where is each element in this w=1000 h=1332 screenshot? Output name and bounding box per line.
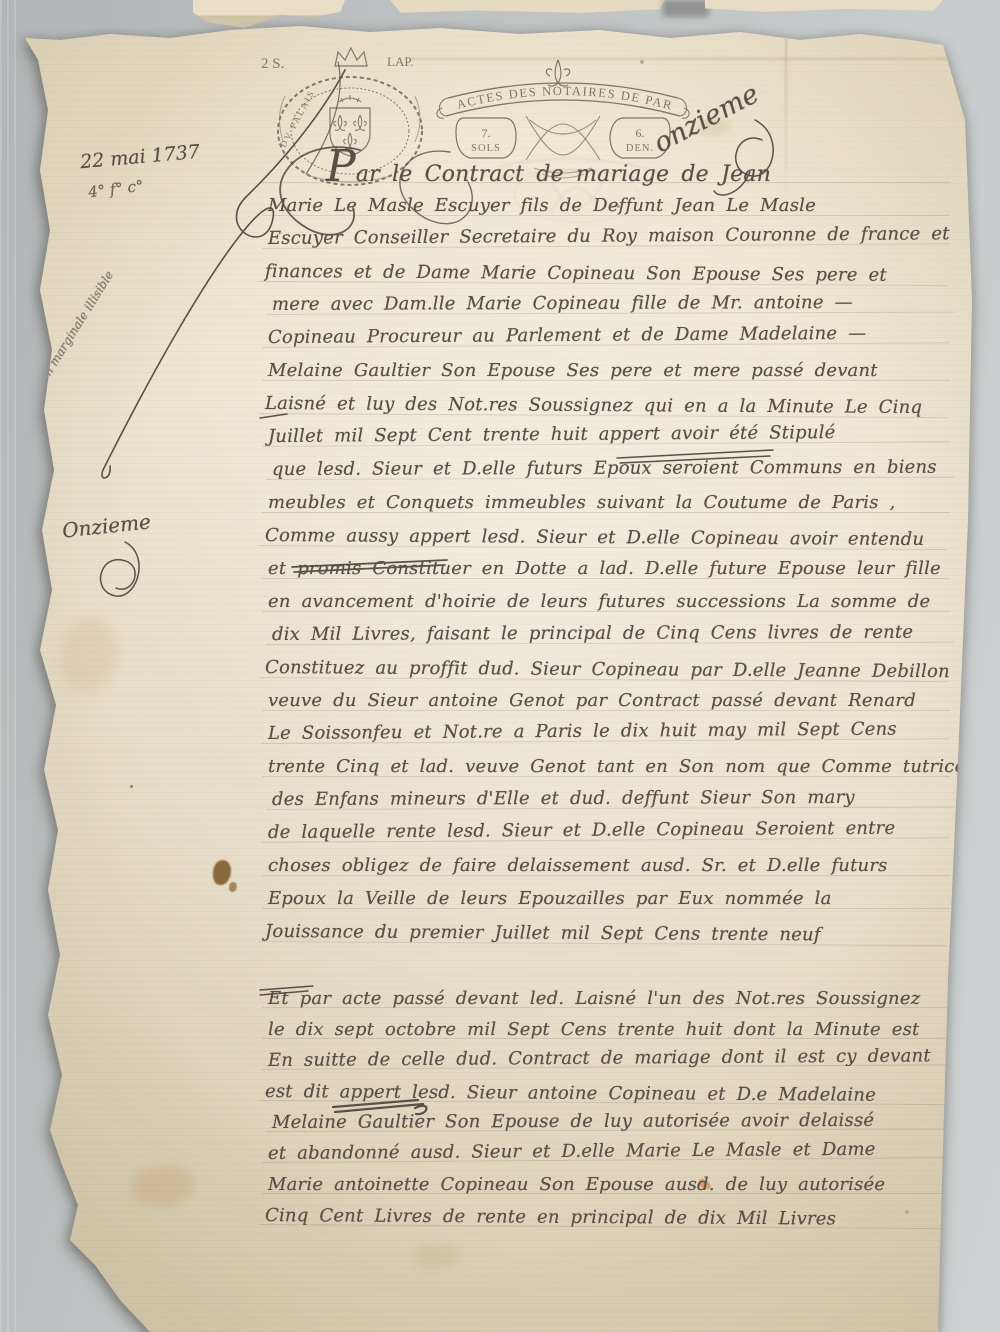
manuscript-line: En suitte de celle dud. Contract de mari…: [268, 1045, 960, 1081]
manuscript-line: meubles et Conquets immeubles suivant la…: [268, 492, 960, 525]
foxing-stain: [60, 618, 118, 692]
manuscript-line: Et par acte passé devant led. Laisné l'u…: [268, 988, 960, 1019]
paragraph-1: Par le Contract de mariage de JeanMarie …: [268, 162, 960, 954]
fleur-de-lis-icon: [546, 60, 569, 86]
manuscript-line: Comme aussy appert lesd. Sieur et D.elle…: [265, 525, 957, 562]
manuscript-line: Jouissance du premier Juillet mil Sept C…: [265, 921, 957, 958]
manuscript-line: Par le Contract de mariage de Jean: [268, 162, 960, 195]
folio-annotation: 4° f° c°: [87, 177, 144, 202]
manuscript-line: et promis Constituer en Dotte a lad. D.e…: [268, 558, 960, 591]
tax-stamp-side-text: DV PALAIS: [278, 88, 317, 149]
small-crown-icon: [339, 95, 361, 102]
manuscript-line: en avancement d'hoirie de leurs futures …: [268, 591, 960, 624]
manuscript-line: Epoux la Veille de leurs Epouzailles par…: [268, 888, 960, 921]
ink-stain: [213, 860, 231, 885]
date-annotation: 22 mai 1737: [79, 141, 200, 173]
manuscript-line: dix Mil Livres, faisant le principal de …: [272, 622, 964, 657]
manuscript-line: Cinq Cent Livres de rente en principal d…: [265, 1205, 957, 1240]
manuscript-line: que lesd. Sieur et D.elle futurs Epoux s…: [272, 457, 964, 492]
speck: [130, 785, 133, 788]
crown-icon: [335, 48, 367, 66]
manuscript-line: Copineau Procureur au Parlement et de Da…: [268, 322, 960, 360]
manuscript-line: et abandonné ausd. Sieur et D.elle Marie…: [268, 1138, 960, 1174]
fee-right-top: 6.: [636, 126, 645, 140]
manuscript-sheet: 2 S. LAP. DV PALAIS: [20, 22, 975, 1332]
manuscript-line: Melaine Gaultier Son Epouse Ses pere et …: [268, 360, 960, 393]
manuscript-line: Constituez au proffit dud. Sieur Copinea…: [265, 657, 957, 694]
tax-stamp-right-text: LAP.: [387, 54, 413, 69]
tax-stamp-left-text: 2 S.: [261, 56, 284, 72]
manuscript-line: Marie antoinette Copineau Son Epouse aus…: [268, 1174, 960, 1205]
manuscript-line: Le Soissonfeu et Not.re a Paris le dix h…: [268, 718, 960, 756]
svg-text:ACTES DES NOTAIRES DE PARIS: ACTES DES NOTAIRES DE PARIS: [430, 56, 675, 113]
manuscript-line: de laquelle rente lesd. Sieur et D.elle …: [268, 817, 960, 855]
margin-word-onzieme: Onzieme: [61, 509, 152, 542]
manuscript-line: mere avec Dam.lle Marie Copineau fille d…: [272, 292, 964, 327]
manuscript-line: Escuyer Conseiller Secretaire du Roy mai…: [268, 223, 960, 261]
notary-stamp-banner: ACTES DES NOTAIRES DE PARIS: [430, 56, 675, 113]
manuscript-line: trente Cinq et lad. veuve Genot tant en …: [268, 756, 960, 789]
manuscript-line: choses obligez de faire delaissement aus…: [268, 855, 960, 888]
foxing-stain: [132, 1166, 194, 1206]
manuscript-line: des Enfans mineurs d'Elle et dud. deffun…: [272, 787, 964, 822]
paragraph-2: Et par acte passé devant led. Laisné l'u…: [268, 988, 960, 1236]
foxing-stain: [413, 1243, 461, 1269]
photo-of-manuscript: 2 S. LAP. DV PALAIS: [0, 0, 1000, 1332]
sheet-shadow-wrap: 2 S. LAP. DV PALAIS: [0, 0, 1000, 1332]
diagonal-margin-note: mention marginale illisible: [18, 268, 116, 414]
margin-paraph: [101, 542, 140, 596]
ink-stain-small: [229, 882, 237, 892]
manuscript-line: Juillet mil Sept Cent trente huit appert…: [268, 421, 960, 459]
